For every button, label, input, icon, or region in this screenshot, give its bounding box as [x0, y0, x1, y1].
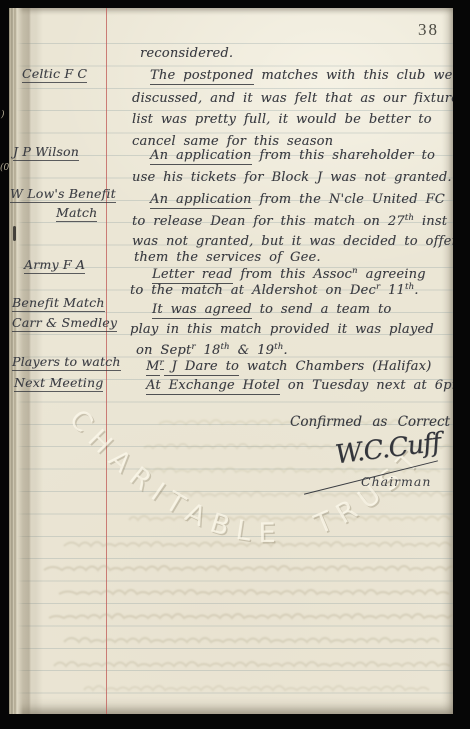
margin-note: Players to watch	[12, 354, 121, 371]
body-line: Mr J Dare to watch Chambers (Halifax)	[146, 358, 431, 374]
body-line: play in this match provided it was playe…	[130, 322, 434, 337]
body-line: Letter read from this Assocn agreeing	[152, 266, 426, 282]
body-line: At Exchange Hotel on Tuesday next at 6pm	[146, 378, 453, 393]
margin-note: Celtic F C	[22, 66, 87, 83]
body-line: use his tickets for Block J was not gran…	[132, 170, 452, 185]
body-line: The postponed matches with this club wer…	[150, 68, 453, 83]
page-edge-mark: (0	[0, 163, 9, 173]
body-line: cancel same for this season	[132, 134, 333, 149]
margin-note: Carr & Smedley	[12, 315, 117, 332]
margin-note: Benefit Match	[12, 295, 105, 312]
margin-note: J P Wilson	[13, 144, 79, 161]
ink-blot	[13, 226, 16, 241]
body-line: An application from the N'cle United FC	[150, 192, 445, 207]
page-edge-mark: )	[1, 110, 5, 120]
minute-book-page: CHARITABLE TRUST CHARITABLE TRUST 38 Cel…	[9, 8, 453, 714]
body-line: list was pretty full, it would be better…	[132, 112, 432, 127]
body-line: was not granted, but it was decided to o…	[132, 234, 453, 249]
document-scan: { "page": { "number": "38", "watermark_t…	[0, 0, 470, 729]
body-line: them the services of Gee.	[134, 250, 321, 265]
confirmation-text: Confirmed as Correct	[290, 414, 450, 430]
margin-note: W Low's Benefit	[10, 186, 116, 203]
signature-role: Chairman	[361, 474, 431, 489]
body-line: to the match at Aldershot on Decr 11th.	[130, 282, 419, 298]
margin-note: Army F A	[24, 257, 85, 274]
body-line: discussed, and it was felt that as our f…	[132, 91, 453, 106]
body-line: It was agreed to send a team to	[152, 302, 391, 317]
body-line: on Septr 18th & 19th.	[136, 342, 288, 358]
body-line: An application from this shareholder to	[150, 148, 435, 163]
margin-note: Match	[56, 205, 97, 222]
margin-note: Next Meeting	[14, 375, 103, 392]
body-line: reconsidered.	[140, 46, 233, 61]
page-number: 38	[418, 20, 439, 40]
body-line: to release Dean for this match on 27th i…	[132, 213, 447, 229]
